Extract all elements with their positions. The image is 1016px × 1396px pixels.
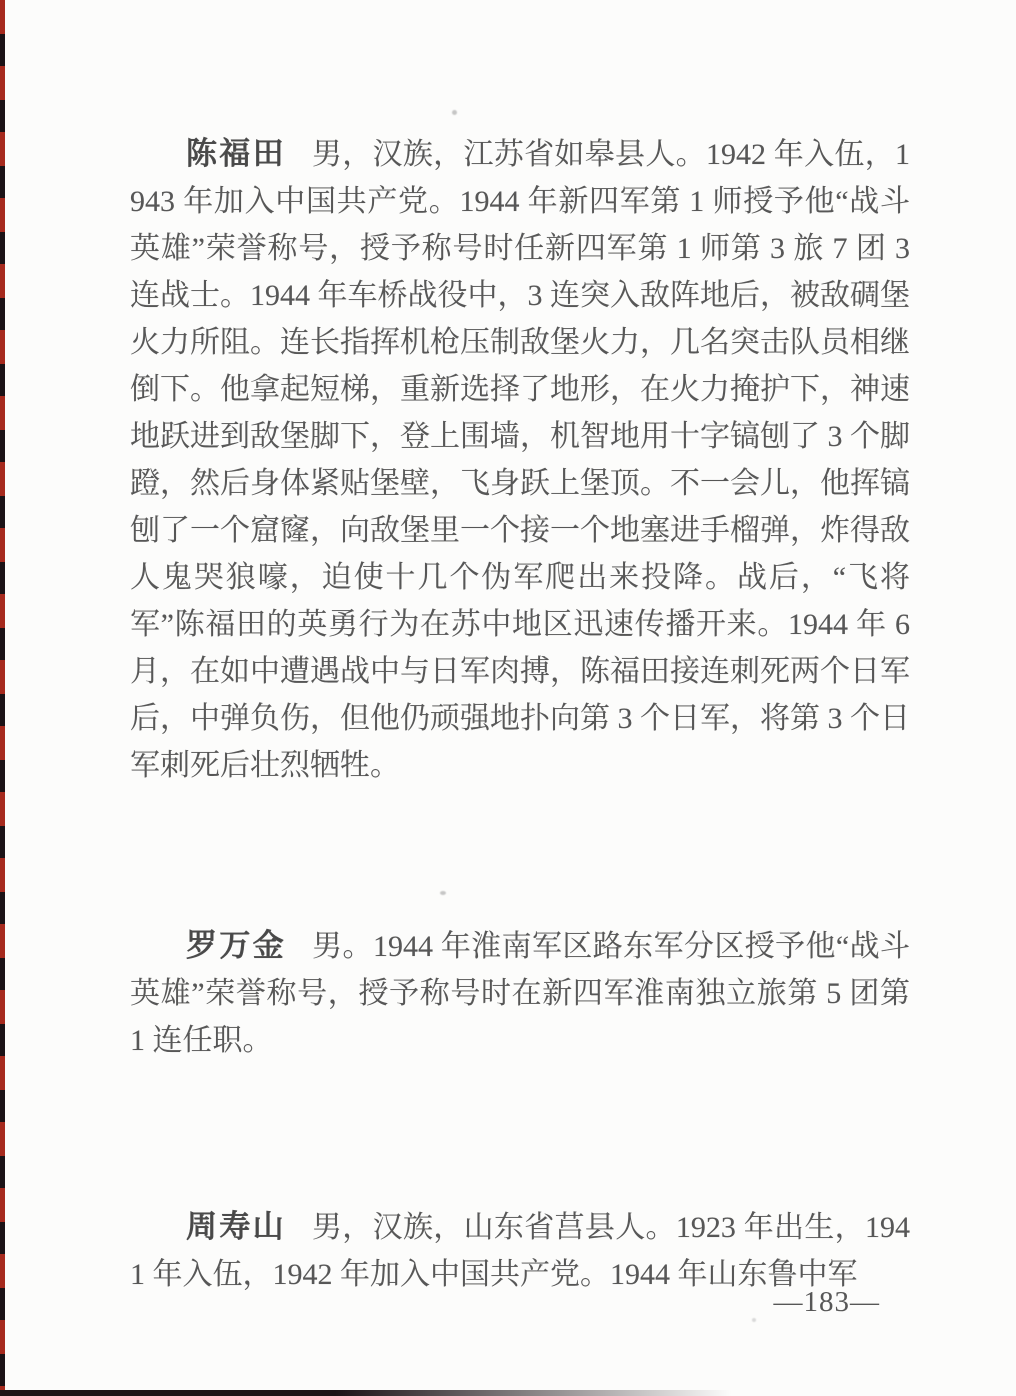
hero-name: 周寿山 (186, 1209, 312, 1244)
hero-name: 陈福田 (186, 136, 312, 171)
hero-name: 罗万金 (186, 928, 312, 963)
page-number: —183— (774, 1286, 881, 1319)
entry-zhou-shoushan: 周寿山男，汉族，山东省莒县人。1923 年出生，1941 年入伍，1942 年加… (130, 1203, 910, 1298)
entry-body-text: 男，汉族，江苏省如皋县人。1942 年入伍，1943 年加入中国共产党。1944… (130, 138, 910, 782)
scan-speck (452, 110, 457, 115)
page-text-block: 陈福田男，汉族，江苏省如皋县人。1942 年入伍，1943 年加入中国共产党。1… (130, 130, 910, 1298)
scanned-book-page: 陈福田男，汉族，江苏省如皋县人。1942 年入伍，1943 年加入中国共产党。1… (0, 0, 1016, 1396)
paragraph-gap (130, 1064, 910, 1203)
paragraph-gap (130, 789, 910, 922)
scan-edge-strip-bottom (0, 1390, 1016, 1396)
entry-chen-futian: 陈福田男，汉族，江苏省如皋县人。1942 年入伍，1943 年加入中国共产党。1… (130, 130, 910, 789)
entry-luo-wanjin: 罗万金男。1944 年淮南军区路东军分区授予他“战斗英雄”荣誉称号，授予称号时在… (130, 922, 910, 1064)
scan-edge-strip-left (0, 0, 5, 1396)
scan-speck (752, 1318, 756, 1322)
